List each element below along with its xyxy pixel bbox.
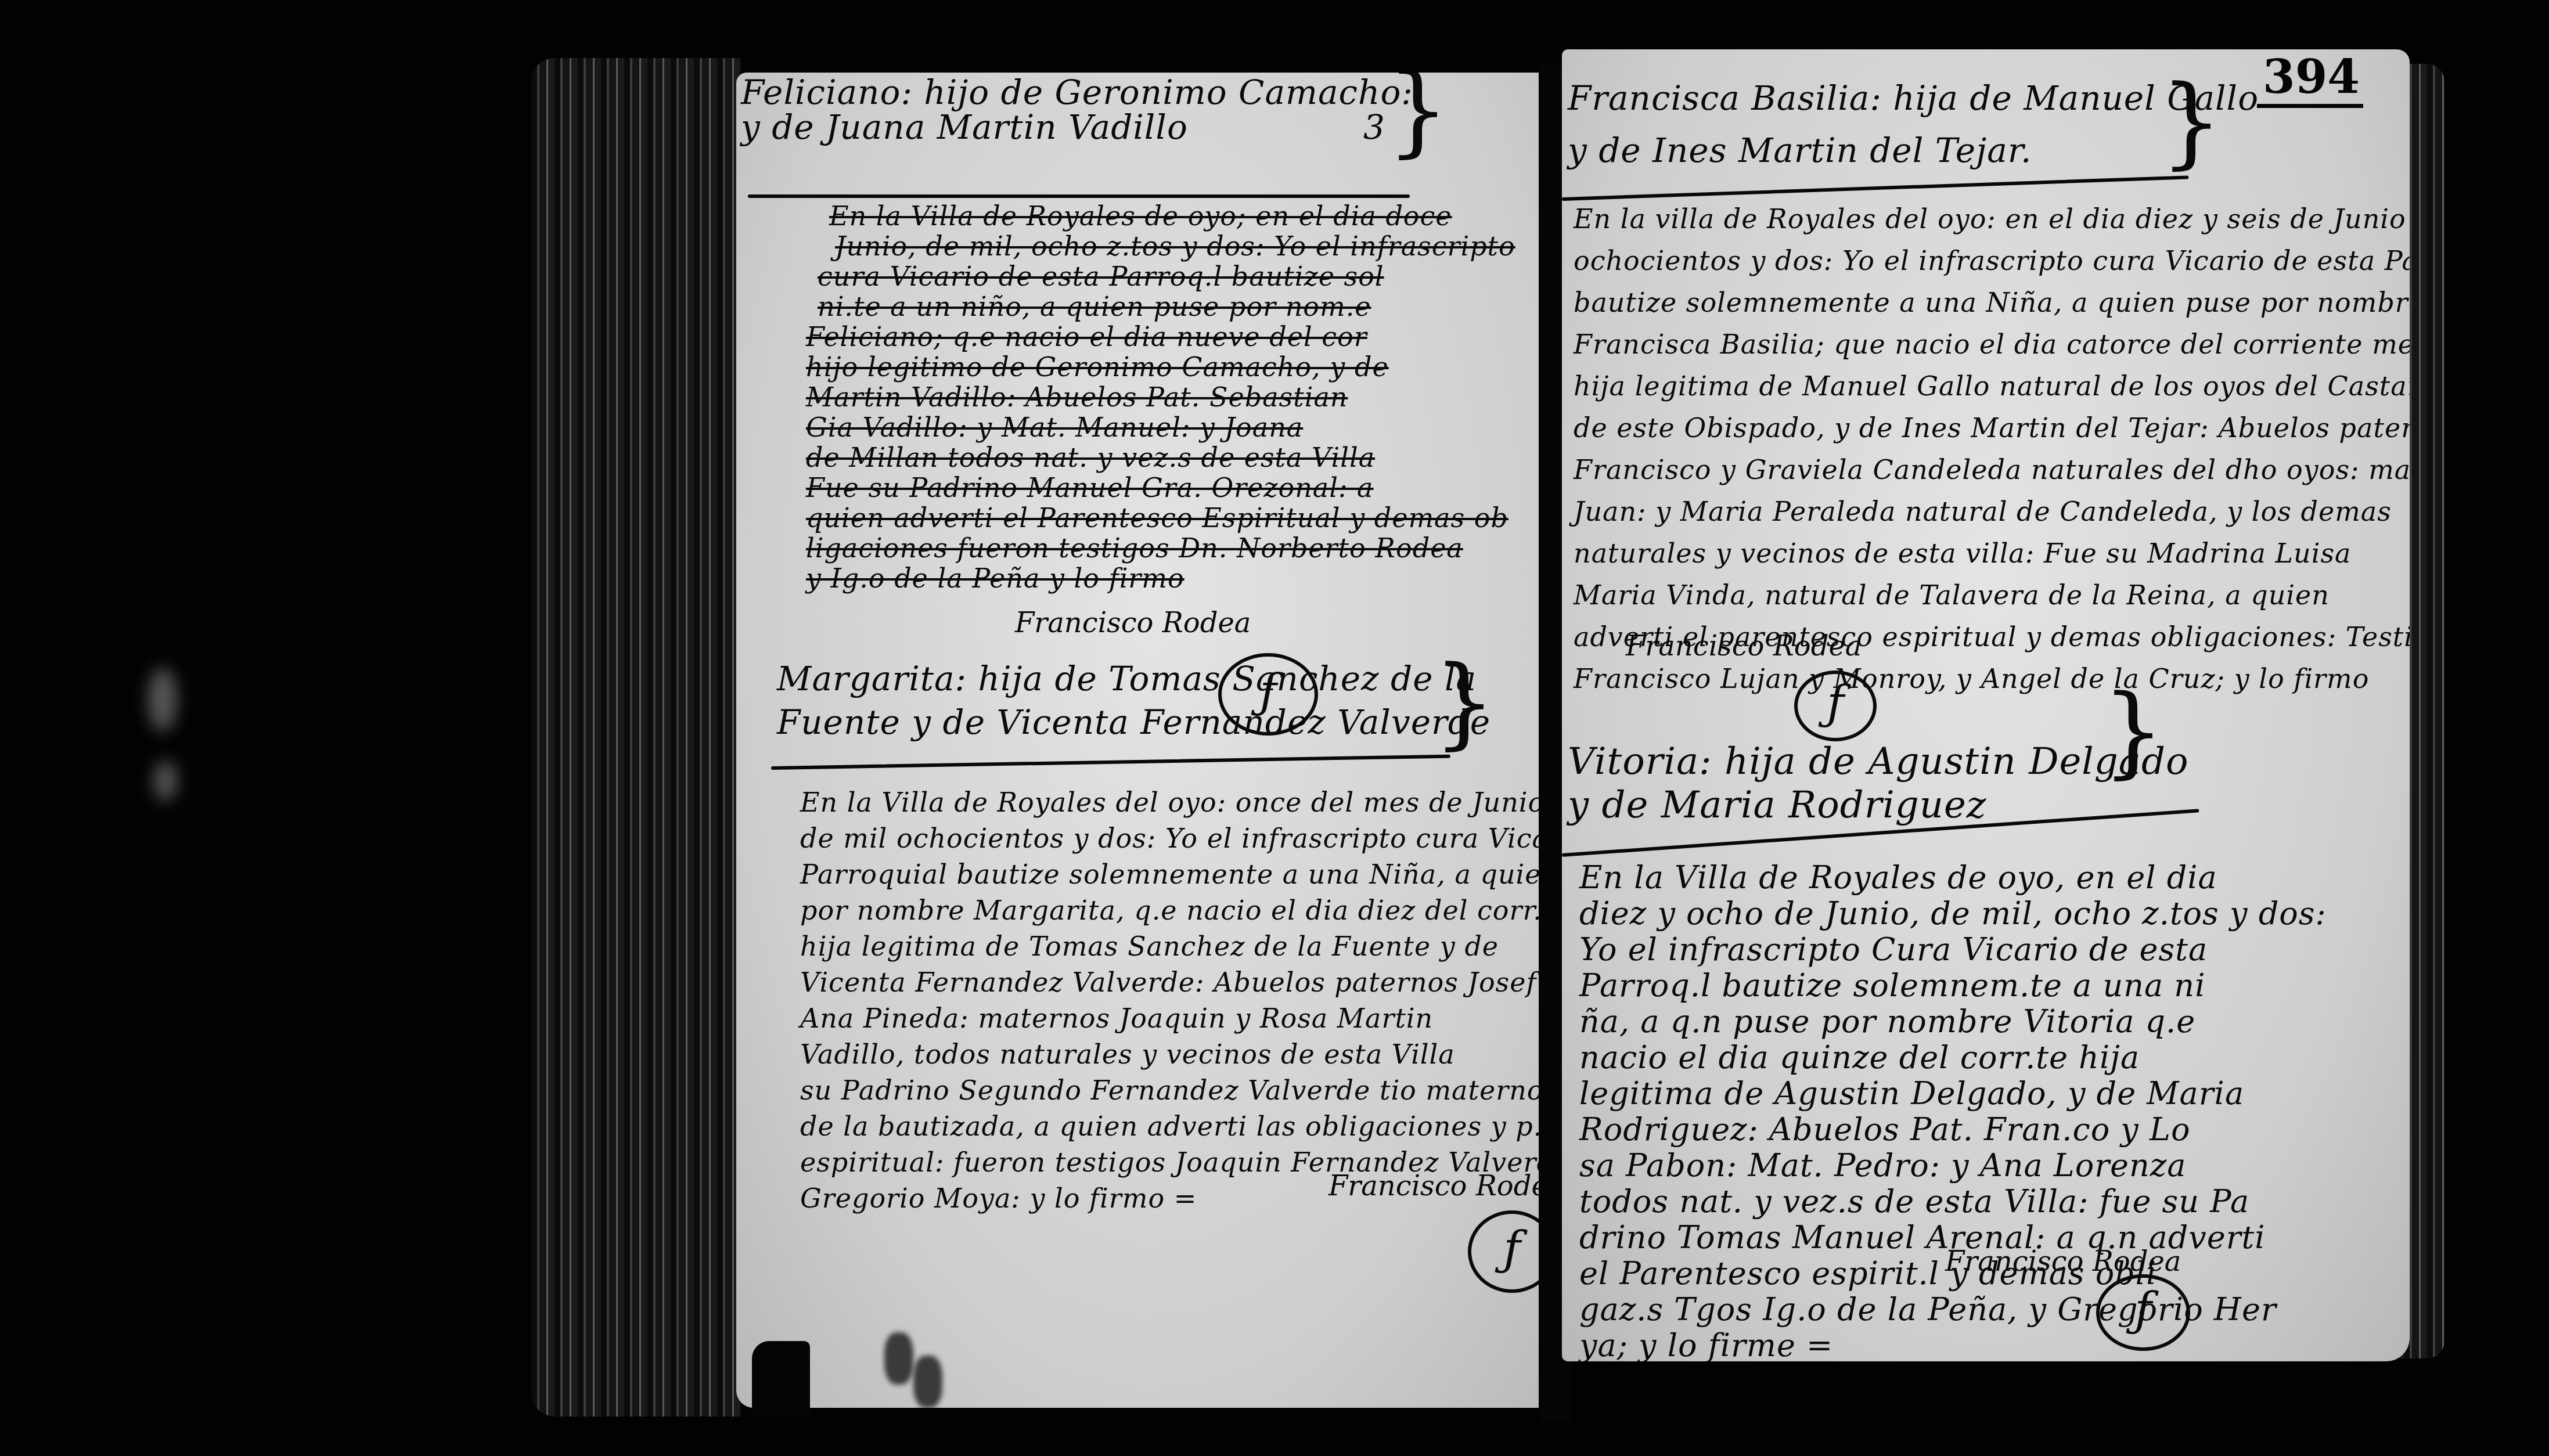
entry-line: Gregorio Moya: y lo firmo =: [800, 1183, 1197, 1214]
scan-artifact: [148, 668, 177, 731]
entry-line: Feliciano; q.e nacio el dia nueve del co…: [806, 321, 1367, 352]
entry-line: naturales y vecinos de esta villa: Fue s…: [1574, 538, 2351, 569]
entry-heading-line: y de Ines Martin del Tejar.: [1568, 131, 2032, 170]
entry-line: de Millan todos nat. y vez.s de esta Vil…: [806, 442, 1375, 473]
ink-stain: [913, 1356, 942, 1408]
heading-rule: [771, 755, 1450, 770]
entry-line: Vadillo, todos naturales y vecinos de es…: [800, 1039, 1455, 1070]
entry-line: cura Vicario de esta Parroq.l bautize so…: [818, 261, 1384, 292]
entry-heading-line: Margarita: hija de Tomas Sanchez de la: [777, 659, 1477, 698]
folio-number: 394: [2257, 49, 2363, 108]
entry-line: Parroq.l bautize solemnem.te a una ni: [1579, 967, 2205, 1004]
priest-signature: Francisco Rodea: [1328, 1170, 1564, 1202]
entry-line: ligaciones fueron testigos Dn. Norberto …: [806, 532, 1463, 564]
entry-line: Yo el infrascripto Cura Vicario de esta: [1579, 931, 2208, 968]
heading-rule: [1562, 175, 2188, 201]
page-corner-shadow: [752, 1341, 810, 1417]
entry-line: legitima de Agustin Delgado, y de Maria: [1579, 1075, 2244, 1112]
entry-line: ni.te a un niño, a quien puse por nom.e: [818, 291, 1371, 322]
priest-signature: Francisco Rodea: [1015, 607, 1251, 639]
entry-heading-line: y de Juana Martin Vadillo: [741, 107, 1188, 147]
right-page: 394 Francisca Basilia: hija de Manuel Ga…: [1562, 49, 2410, 1361]
entry-line: de este Obispado, y de Ines Martin del T…: [1574, 412, 2410, 444]
entry-line: de mil ochocientos y dos: Yo el infrascr…: [800, 823, 1572, 854]
entry-line: Vicenta Fernandez Valverde: Abuelos pate…: [800, 967, 1561, 998]
entry-line: Ana Pineda: maternos Joaquin y Rosa Mart…: [800, 1003, 1433, 1034]
signature-rubric: ƒ: [1794, 671, 1877, 741]
entry-line: En la Villa de Royales de oyo, en el dia: [1579, 859, 2217, 896]
signature-rubric: ƒ: [2096, 1274, 2190, 1351]
entry-line: ochocientos y dos: Yo el infrascripto cu…: [1574, 245, 2410, 276]
heading-brace: }: [2160, 73, 2223, 171]
left-page: Feliciano: hijo de Geronimo Camacho: y d…: [736, 73, 1572, 1408]
entry-line: Parroquial bautize solemnemente a una Ni…: [800, 859, 1559, 890]
entry-line: Francisco y Graviela Candeleda naturales…: [1574, 454, 2410, 485]
entry-line: En la villa de Royales del oyo: en el di…: [1574, 203, 2410, 235]
entry-heading-line: Francisca Basilia: hija de Manuel Gallo: [1568, 78, 2259, 118]
entry-line: quien adverti el Parentesco Espiritual y…: [806, 502, 1508, 534]
entry-heading-line: Fuente y de Vicenta Fernandez Valverde: [777, 702, 1490, 742]
entry-line: nacio el dia quinze del corr.te hija: [1579, 1039, 2140, 1076]
entry-line: Francisco Lujan y Monroy, y Angel de la …: [1574, 663, 2369, 694]
entry-line: ña, a q.n puse por nombre Vitoria q.e: [1579, 1003, 2195, 1040]
entry-heading-mark: 3: [1363, 107, 1385, 147]
entry-line: Maria Vinda, natural de Talavera de la R…: [1574, 579, 2330, 611]
book-edge-left: [531, 58, 740, 1417]
entry-line: y Ig.o de la Peña y lo firmo: [806, 563, 1185, 594]
entry-heading-line: Feliciano: hijo de Geronimo Camacho:: [741, 73, 1413, 112]
heading-brace: }: [2102, 682, 2165, 781]
ink-stain: [884, 1332, 913, 1385]
entry-line: su Padrino Segundo Fernandez Valverde ti…: [800, 1075, 1543, 1106]
entry-line: todos nat. y vez.s de esta Villa: fue su…: [1579, 1183, 2249, 1220]
entry-line: hijo legitimo de Geronimo Camacho, y de: [806, 351, 1389, 383]
entry-line: Rodriguez: Abuelos Pat. Fran.co y Lo: [1579, 1111, 2190, 1148]
entry-heading-line: y de Maria Rodriguez: [1568, 784, 1986, 827]
entry-line: En la Villa de Royales de oyo; en el dia…: [829, 200, 1452, 232]
entry-line: Gia Vadillo: y Mat. Manuel: y Joana: [806, 412, 1303, 443]
entry-line: Junio, de mil, ocho z.tos y dos: Yo el i…: [835, 230, 1515, 262]
entry-line: hija legitima de Manuel Gallo natural de…: [1574, 370, 2410, 402]
entry-line: de la bautizada, a quien adverti las obl…: [800, 1111, 1542, 1142]
heading-brace: }: [1433, 653, 1496, 752]
entry-heading-line: Vitoria: hija de Agustin Delgado: [1568, 740, 2188, 783]
entry-line: sa Pabon: Mat. Pedro: y Ana Lorenza: [1579, 1147, 2186, 1184]
entry-line: Juan: y Maria Peraleda natural de Candel…: [1574, 496, 2392, 527]
priest-signature: Francisco Rodea: [1945, 1245, 2181, 1278]
entry-line: En la Villa de Royales del oyo: once del…: [800, 787, 1544, 818]
entry-line: Martin Vadillo: Abuelos Pat. Sebastian: [806, 381, 1348, 413]
entry-line: diez y ocho de Junio, de mil, ocho z.tos…: [1579, 895, 2327, 932]
entry-line: bautize solemnemente a una Niña, a quien…: [1574, 287, 2410, 318]
entry-line: por nombre Margarita, q.e nacio el dia d…: [800, 895, 1570, 926]
priest-signature: Francisco Rodea: [1626, 630, 1862, 662]
entry-line: ya; y lo firme =: [1579, 1327, 1833, 1361]
scan-artifact: [154, 761, 177, 801]
heading-rule: [748, 194, 1410, 198]
entry-line: hija legitima de Tomas Sanchez de la Fue…: [800, 931, 1499, 962]
heading-brace: }: [1387, 73, 1449, 160]
entry-line: Fue su Padrino Manuel Gra. Orezonal: a: [806, 472, 1374, 503]
entry-line: Francisca Basilia; que nacio el dia cato…: [1574, 329, 2410, 360]
